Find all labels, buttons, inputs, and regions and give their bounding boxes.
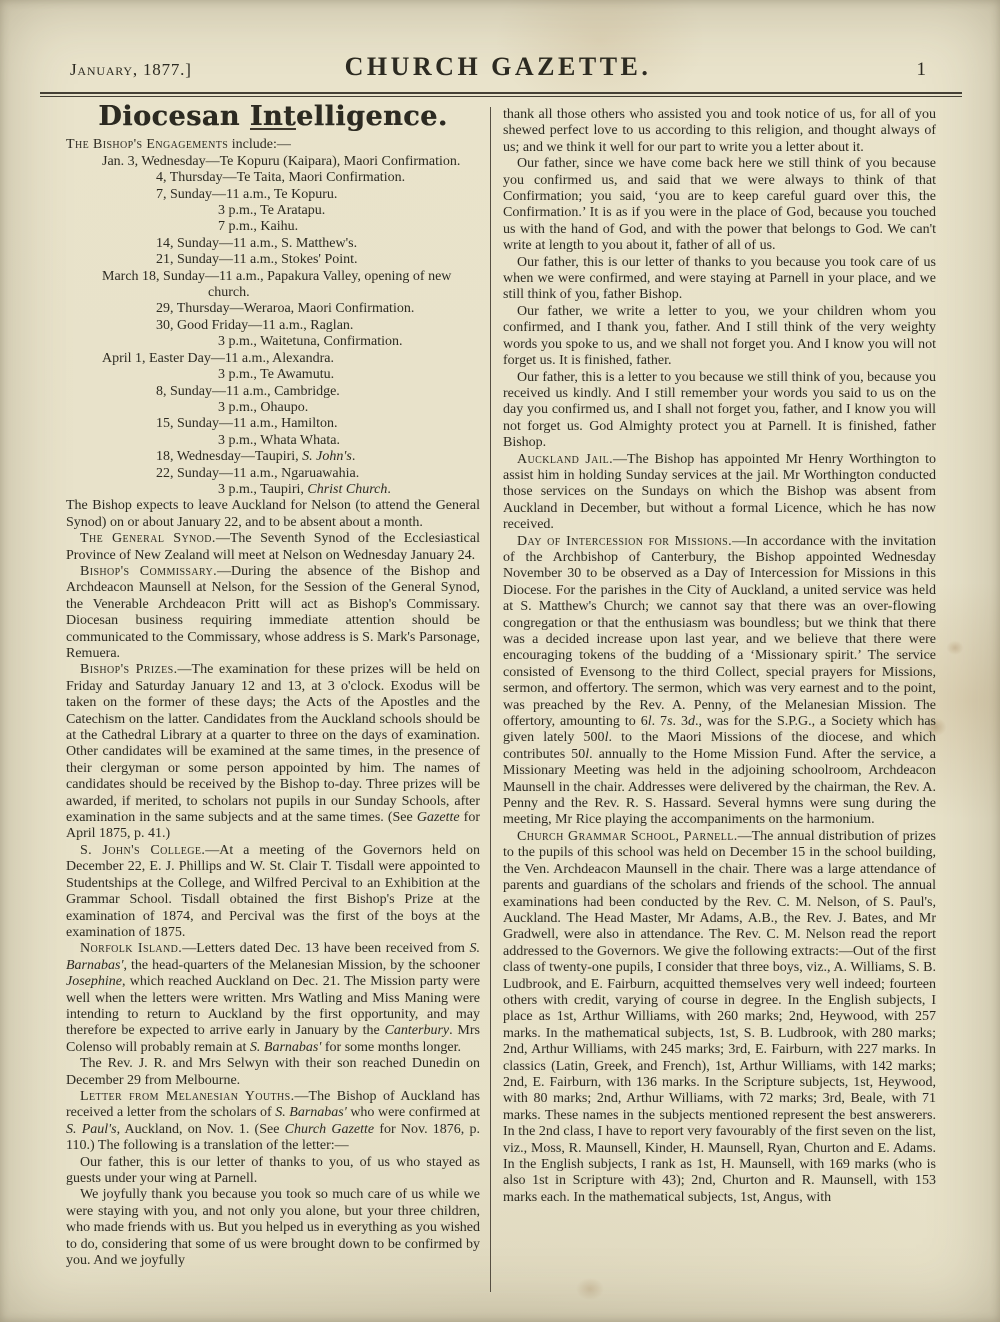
right-column: thank all those others who assisted you … xyxy=(491,107,936,1292)
engagement-line: 4, Thursday—Te Taita, Maori Confirmation… xyxy=(66,170,480,186)
paragraph-text: —The examination for these prizes will b… xyxy=(66,662,480,841)
engagement-line: 3 p.m., Whata Whata. xyxy=(66,433,480,449)
paragraph-text: The Bishop expects to leave Auckland for… xyxy=(66,498,480,529)
columns: Diocesan Intelligence. The Bishop's Enga… xyxy=(0,97,1000,1292)
newspaper-page: January, 1877.] CHURCH GAZETTE. 1 Dioces… xyxy=(0,0,1000,1322)
page-number: 1 xyxy=(711,59,932,81)
paragraph: We joyfully thank you because you took s… xyxy=(66,1187,480,1269)
engagement-line: Jan. 3, Wednesday—Te Kopuru (Kaipara), M… xyxy=(66,154,480,170)
engagement-line: 8, Sunday—11 a.m., Cambridge. xyxy=(66,384,480,400)
engagement-line: 3 p.m., Ohaupo. xyxy=(66,400,480,416)
paragraph: Bishop's Prizes.—The examination for the… xyxy=(66,662,480,842)
engagement-line: 3 p.m., Taupiri, Christ Church. xyxy=(66,482,480,498)
paragraph: The Bishop expects to leave Auckland for… xyxy=(66,498,480,531)
engagements-intro-rest: include:— xyxy=(228,137,291,152)
paragraph-lead: Bishop's Prizes. xyxy=(80,662,178,677)
paragraph: Letter from Melanesian Youths.—The Bisho… xyxy=(66,1089,480,1155)
paragraph-text: We joyfully thank you because you took s… xyxy=(66,1187,480,1268)
engagement-line: March 18, Sunday—11 a.m., Papakura Valle… xyxy=(66,269,480,302)
paragraph-lead: Day of Intercession for Missions. xyxy=(517,534,732,549)
engagement-line: 14, Sunday—11 a.m., S. Matthew's. xyxy=(66,236,480,252)
left-paragraphs: The Bishop expects to leave Auckland for… xyxy=(66,498,480,1269)
engagements-list: Jan. 3, Wednesday—Te Kopuru (Kaipara), M… xyxy=(66,154,480,499)
engagements-intro: The Bishop's Engagements include:— xyxy=(66,137,480,153)
paragraph-text: —In accordance with the invitation of th… xyxy=(503,534,936,828)
engagement-line: 18, Wednesday—Taupiri, S. John's. xyxy=(66,449,480,465)
masthead: January, 1877.] CHURCH GAZETTE. 1 xyxy=(0,0,1000,86)
paragraph: Our father, this is our letter of thanks… xyxy=(66,1155,480,1188)
paragraph-lead: S. John's College. xyxy=(80,843,205,858)
paragraph: Bishop's Commissary.—During the absence … xyxy=(66,564,480,662)
right-paragraphs: thank all those others who assisted you … xyxy=(503,107,936,1206)
engagement-line: 22, Sunday—11 a.m., Ngaruawahia. xyxy=(66,466,480,482)
paragraph: The Rev. J. R. and Mrs Selwyn with their… xyxy=(66,1056,480,1089)
paragraph-lead: Norfolk Island. xyxy=(80,941,182,956)
issue-date: January, 1877.] xyxy=(70,60,285,80)
engagement-line: 3 p.m., Te Awamutu. xyxy=(66,367,480,383)
paragraph-lead: Letter from Melanesian Youths. xyxy=(80,1089,295,1104)
paragraph-text: —The annual distribution of prizes to th… xyxy=(503,829,936,1205)
engagement-line: 7, Sunday—11 a.m., Te Kopuru. xyxy=(66,187,480,203)
engagement-line: April 1, Easter Day—11 a.m., Alexandra. xyxy=(66,351,480,367)
paragraph-lead: Bishop's Commissary. xyxy=(80,564,217,579)
paragraph-text: —Letters dated Dec. 13 have been receive… xyxy=(66,941,480,1054)
paragraph: Day of Intercession for Missions.—In acc… xyxy=(503,534,936,829)
engagement-line: 29, Thursday—Weraroa, Maori Confirmation… xyxy=(66,301,480,317)
paragraph-text: The Rev. J. R. and Mrs Selwyn with their… xyxy=(66,1056,480,1087)
paragraph: Our father, this is our letter of thanks… xyxy=(503,255,936,304)
paragraph-text: Our father, this is our letter of thanks… xyxy=(503,255,936,303)
paragraph: thank all those others who assisted you … xyxy=(503,107,936,156)
engagement-line: 7 p.m., Kaihu. xyxy=(66,219,480,235)
paragraph-text: thank all those others who assisted you … xyxy=(503,107,936,155)
engagement-line: 21, Sunday—11 a.m., Stokes' Point. xyxy=(66,252,480,268)
section-title: Diocesan Intelligence. xyxy=(66,109,480,125)
paragraph-text: Our father, this is a letter to you beca… xyxy=(503,370,936,451)
paragraph: Our father, this is a letter to you beca… xyxy=(503,370,936,452)
engagement-line: 3 p.m., Waitetuna, Confirmation. xyxy=(66,334,480,350)
engagements-intro-lead: The Bishop's Engagements xyxy=(66,137,228,152)
paragraph-lead: Auckland Jail. xyxy=(517,452,613,467)
paragraph-lead: Church Grammar School, Parnell. xyxy=(517,829,738,844)
left-column: Diocesan Intelligence. The Bishop's Enga… xyxy=(66,107,490,1292)
paragraph: S. John's College.—At a meeting of the G… xyxy=(66,843,480,941)
paragraph-lead: The General Synod. xyxy=(80,531,216,546)
paper-title: CHURCH GAZETTE. xyxy=(285,52,711,82)
paragraph-text: Our father, since we have come back here… xyxy=(503,156,936,253)
paragraph-text: Our father, this is our letter of thanks… xyxy=(66,1155,480,1186)
paragraph: Auckland Jail.—The Bishop has appointed … xyxy=(503,452,936,534)
engagement-line: 3 p.m., Te Aratapu. xyxy=(66,203,480,219)
paragraph-text: Our father, we write a letter to you, we… xyxy=(503,304,936,368)
paragraph: Our father, we write a letter to you, we… xyxy=(503,304,936,370)
paragraph: Church Grammar School, Parnell.—The annu… xyxy=(503,829,936,1206)
engagement-line: 30, Good Friday—11 a.m., Raglan. xyxy=(66,318,480,334)
paragraph: Our father, since we have come back here… xyxy=(503,156,936,254)
engagement-line: 15, Sunday—11 a.m., Hamilton. xyxy=(66,416,480,432)
paragraph: Norfolk Island.—Letters dated Dec. 13 ha… xyxy=(66,941,480,1056)
paragraph: The General Synod.—The Seventh Synod of … xyxy=(66,531,480,564)
